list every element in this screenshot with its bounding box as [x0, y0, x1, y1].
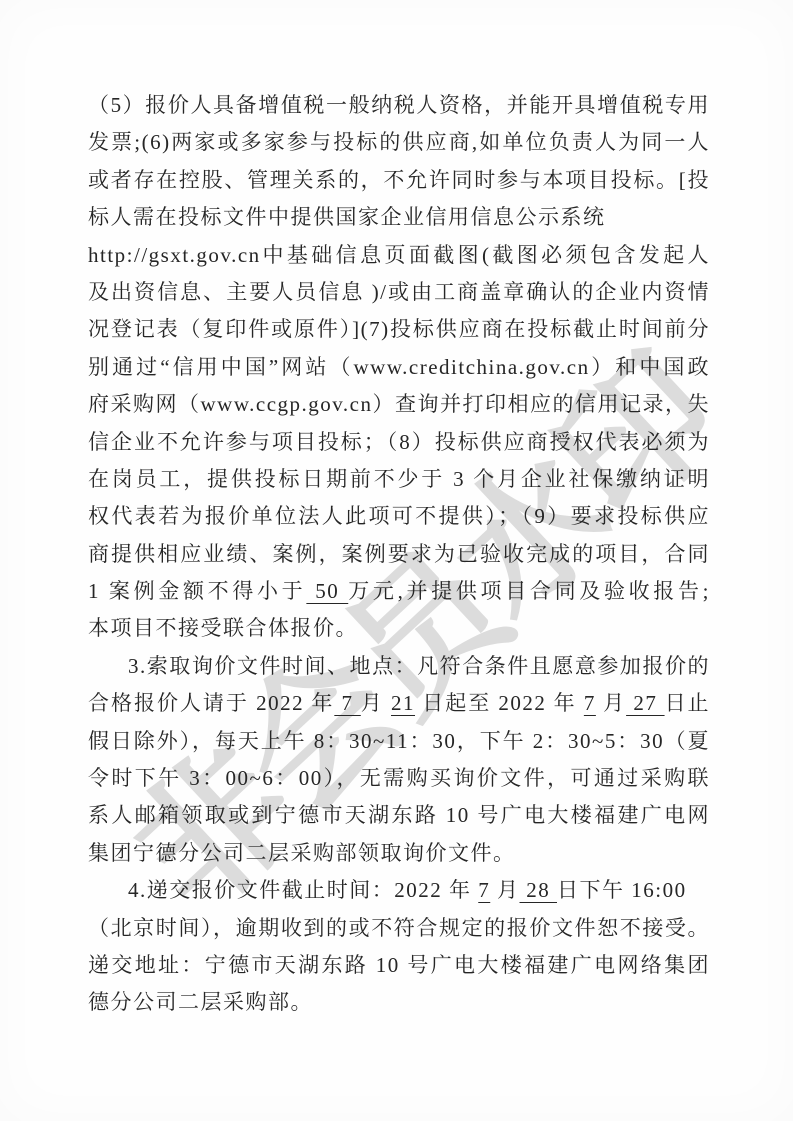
- text-segment: 标人需在投标文件中提供国家企业信用信息公示系统: [88, 205, 606, 229]
- text-line: 府采购网（www.ccgp.gov.cn）查询并打印相应的信用记录，失: [88, 386, 710, 423]
- text-segment: （5）报价人具备增值税一般纳税人资格，并能开具增值税专用: [88, 93, 710, 117]
- text-segment: 信企业不允许参与项目投标；（8）投标供应商授权代表必须为: [88, 430, 710, 454]
- text-line: 权代表若为报价单位法人此项可不提供）；（9）要求投标供应: [88, 498, 710, 535]
- text-segment: 本项目不接受联合体报价。: [88, 616, 358, 640]
- text-line: 在岗员工，提供投标日期前不少于 3 个月企业社保缴纳证明（授: [88, 461, 710, 498]
- text-segment: 合格报价人请于 2022 年: [88, 691, 334, 715]
- underlined-value: 21: [391, 691, 415, 715]
- text-line: 及出资信息、主要人员信息 )/或由工商盖章确认的企业内资情: [88, 274, 710, 311]
- text-line: 或者存在控股、管理关系的，不允许同时参与本项目投标。[投: [88, 162, 710, 199]
- text-line: 信企业不允许参与项目投标；（8）投标供应商授权代表必须为: [88, 424, 710, 461]
- text-segment: 发票;(6)两家或多家参与投标的供应商,如单位负责人为同一人: [88, 130, 710, 154]
- text-segment: 在岗员工，提供投标日期前不少于 3 个月企业社保缴纳证明（授: [88, 467, 710, 498]
- text-segment: 月: [490, 878, 519, 902]
- text-line: http://gsxt.gov.cn中基础信息页面截图(截图必须包含发起人: [88, 237, 710, 274]
- text-segment: 递交地址：宁德市天湖东路 10 号广电大楼福建广电网络集团宁: [88, 953, 710, 984]
- document-body: （5）报价人具备增值税一般纳税人资格，并能开具增值税专用发票;(6)两家或多家参…: [88, 87, 710, 1022]
- text-line: 集团宁德分公司二层采购部领取询价文件。: [88, 835, 710, 872]
- text-line: 别通过“信用中国”网站（www.creditchina.gov.cn）和中国政: [88, 349, 710, 386]
- text-line: 1 案例金额不得小于 50 万元,并提供项目合同及验收报告;（10）: [88, 573, 710, 610]
- text-segment: 令时下午 3：00~6：00），无需购买询价文件，可通过采购联: [88, 766, 710, 790]
- text-segment: http://gsxt.gov.cn中基础信息页面截图(截图必须包含发起人: [88, 243, 710, 267]
- text-line: 系人邮箱领取或到宁德市天湖东路 10 号广电大楼福建广电网络: [88, 797, 710, 834]
- underlined-value: 27: [626, 691, 664, 715]
- text-line: 德分公司二层采购部。: [88, 984, 710, 1021]
- text-segment: 权代表若为报价单位法人此项可不提供）；（9）要求投标供应: [88, 504, 710, 528]
- text-segment: 集团宁德分公司二层采购部领取询价文件。: [88, 841, 516, 865]
- text-segment: 别通过“信用中国”网站（www.creditchina.gov.cn）和中国政: [88, 355, 710, 379]
- text-segment: 日起至 2022 年: [415, 691, 584, 715]
- text-line: 假日除外），每天上午 8：30~11：30，下午 2：30~5：30（夏: [88, 723, 710, 760]
- text-segment: 系人邮箱领取或到宁德市天湖东路 10 号广电大楼福建广电网络: [88, 803, 710, 834]
- text-segment: 德分公司二层采购部。: [88, 990, 313, 1014]
- document-lines: （5）报价人具备增值税一般纳税人资格，并能开具增值税专用发票;(6)两家或多家参…: [88, 87, 710, 1022]
- text-segment: 4.递交报价文件截止时间：2022 年: [128, 878, 478, 902]
- text-line: 4.递交报价文件截止时间：2022 年 7 月 28 日下午 16:00: [88, 872, 710, 909]
- text-line: 商提供相应业绩、案例，案例要求为已验收完成的项目，合同包: [88, 536, 710, 573]
- text-line: （5）报价人具备增值税一般纳税人资格，并能开具增值税专用: [88, 87, 710, 124]
- underlined-value: 50: [306, 579, 348, 603]
- text-line: 递交地址：宁德市天湖东路 10 号广电大楼福建广电网络集团宁: [88, 947, 710, 984]
- text-segment: 1 案例金额不得小于: [88, 579, 306, 603]
- text-segment: 假日除外），每天上午 8：30~11：30，下午 2：30~5：30（夏: [88, 729, 710, 753]
- text-segment: 或者存在控股、管理关系的，不允许同时参与本项目投标。[投: [88, 168, 710, 192]
- text-line: 3.索取询价文件时间、地点：凡符合条件且愿意参加报价的: [88, 648, 710, 685]
- text-line: 发票;(6)两家或多家参与投标的供应商,如单位负责人为同一人: [88, 124, 710, 161]
- text-line: （北京时间），逾期收到的或不符合规定的报价文件恕不接受。: [88, 910, 710, 947]
- underlined-value: 7: [584, 691, 596, 715]
- text-segment: 商提供相应业绩、案例，案例要求为已验收完成的项目，合同包: [88, 542, 710, 573]
- document-page: 非会员水印 （5）报价人具备增值税一般纳税人资格，并能开具增值税专用发票;(6)…: [0, 0, 793, 1121]
- text-line: 合格报价人请于 2022 年 7 月 21 日起至 2022 年 7 月 27 …: [88, 685, 710, 722]
- text-line: 标人需在投标文件中提供国家企业信用信息公示系统: [88, 199, 710, 236]
- text-segment: 月: [361, 691, 391, 715]
- text-line: 令时下午 3：00~6：00），无需购买询价文件，可通过采购联: [88, 760, 710, 797]
- underlined-value: 7: [478, 878, 490, 902]
- text-segment: 3.索取询价文件时间、地点：凡符合条件且愿意参加报价的: [128, 654, 710, 678]
- underlined-value: 7: [334, 691, 360, 715]
- text-segment: 况登记表（复印件或原件）](7)投标供应商在投标截止时间前分: [88, 317, 710, 341]
- underlined-value: 28: [520, 878, 558, 902]
- text-segment: （北京时间），逾期收到的或不符合规定的报价文件恕不接受。: [88, 916, 710, 940]
- text-line: 本项目不接受联合体报价。: [88, 610, 710, 647]
- text-segment: 日下午 16:00: [557, 878, 687, 902]
- text-segment: 府采购网（www.ccgp.gov.cn）查询并打印相应的信用记录，失: [88, 392, 710, 416]
- text-line: 况登记表（复印件或原件）](7)投标供应商在投标截止时间前分: [88, 311, 710, 348]
- text-segment: 及出资信息、主要人员信息 )/或由工商盖章确认的企业内资情: [88, 280, 710, 304]
- text-segment: 月: [596, 691, 626, 715]
